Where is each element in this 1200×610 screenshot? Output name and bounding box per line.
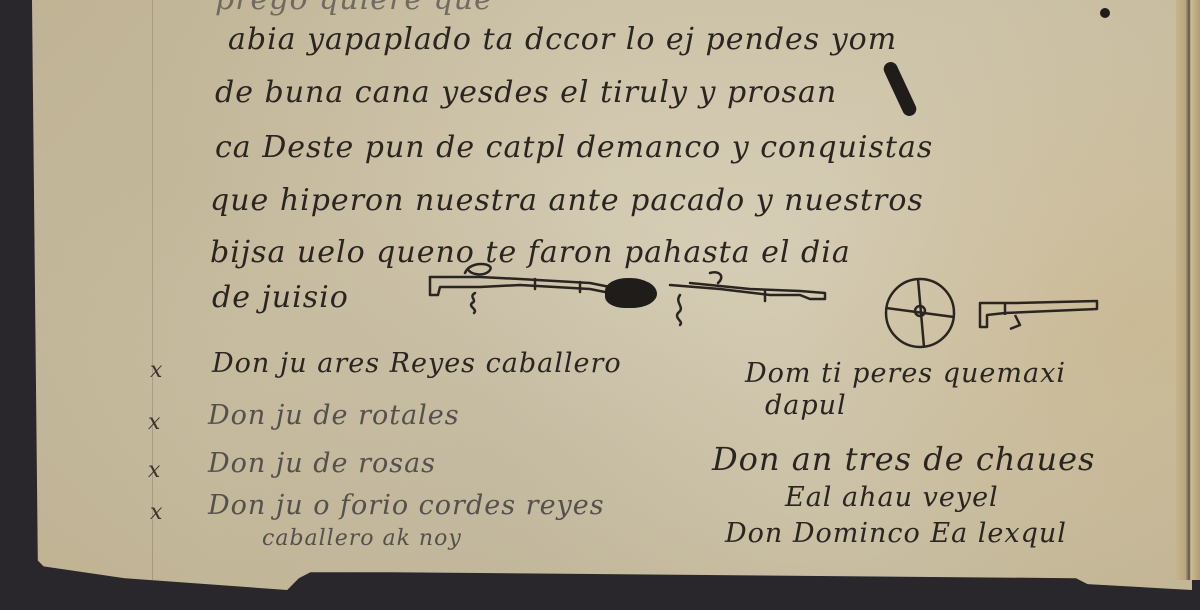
signature-right-4: Don Dominco Ea lexqul	[725, 518, 1067, 549]
signature-mark: x	[150, 358, 162, 383]
signature-mark: x	[150, 500, 162, 525]
body-line-2: de buna cana yesdes el tiruly y prosan	[215, 75, 837, 110]
signature-left-2: Don ju de rosas	[208, 448, 436, 479]
body-line-1: abia yapaplado ta dccor lo ej pendes yom	[228, 22, 897, 57]
body-line-0: prego quiere que	[215, 0, 493, 17]
pistol-drawing-icon	[975, 295, 1110, 345]
signature-mark: x	[148, 458, 160, 483]
page-binding-edge	[1176, 0, 1200, 580]
ink-blot	[605, 278, 657, 308]
signature-left-1: Don ju de rotales	[208, 400, 460, 431]
body-line-4: que hiperon nuestra ante pacado y nuestr…	[210, 183, 924, 218]
signature-mark: x	[148, 410, 160, 435]
ink-dot	[1100, 8, 1110, 18]
wheel-drawing-icon	[880, 275, 960, 355]
signature-left-0: Don ju ares Reyes caballero	[212, 348, 622, 379]
signature-right-1: dapul	[765, 390, 847, 421]
signature-right-3: Eal ahau veyel	[785, 482, 999, 513]
signature-left-4: caballero ak noy	[262, 526, 462, 551]
signature-left-3: Don ju o forio cordes reyes	[208, 490, 605, 521]
signature-right-2: Don an tres de chaues	[712, 440, 1095, 478]
body-line-6: de juisio	[212, 280, 349, 315]
body-line-3: ca Deste pun de catpl demanco y conquist…	[215, 130, 933, 165]
signature-right-0: Dom ti peres quemaxi	[745, 358, 1066, 389]
